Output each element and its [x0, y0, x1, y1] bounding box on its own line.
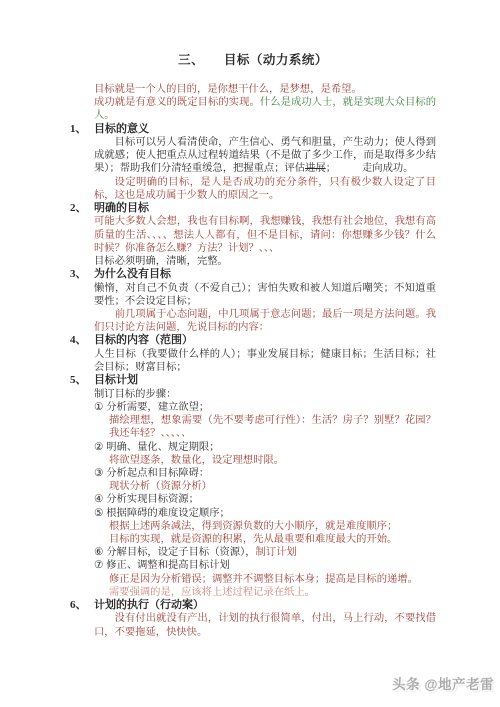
section-6-heading: 6、 计划的执行（行动案） — [70, 599, 436, 612]
section-2-number: 2、 — [70, 202, 94, 215]
step-4-text: 分析实现目标资源； — [106, 494, 199, 505]
step-2-text: 明确、量化、规定期限； — [106, 442, 219, 453]
section-3-heading: 3、 为什么没有目标 — [70, 268, 436, 281]
step-3: ③分析起点和目标障碍： — [94, 467, 436, 480]
step-5-detail-2: 目标的实现，就是资源的积累，先从最重要和难度最大的开始。 — [109, 533, 436, 546]
step-5-number: ⑤ — [94, 508, 103, 519]
step-5-text: 根据障碍的难度设定顺序； — [106, 508, 230, 519]
step-3-detail: 现状分析（资源分析） — [109, 480, 436, 493]
step-6-text-red-run: 制订计划 — [256, 547, 297, 558]
section-1-p1-tail: 走向成功。 — [362, 163, 413, 174]
step-1-text: 分析需要，建立欲望； — [106, 402, 209, 413]
step-7-detail-1: 修正是因为分析错误；调整并不调整目标本身；提高是目标的递增。 — [109, 573, 436, 586]
section-4-paragraph-1: 人生目标（我要做什么样的人）；事业发展目标；健康目标；生活目标；社会目标；财富目… — [94, 348, 436, 374]
section-5-number: 5、 — [70, 374, 94, 387]
section-1-paragraph-2: 设定明确的目标，是人是否成功的充分条件，只有极少数人设定了目标，这也是成功属于少… — [94, 176, 436, 202]
intro-line-2-red-run: 成功就是有意义的既定目标的实现。 — [94, 97, 260, 108]
section-5-intro-line: 制订目标的步骤： — [94, 388, 436, 401]
step-3-number: ③ — [94, 468, 103, 479]
intro-line-1: 目标就是一个人的目的，是你想干什么，是梦想，是希望。 — [94, 83, 436, 96]
section-1-p1-separator: ； — [326, 163, 336, 174]
section-1-title: 目标的意义 — [94, 123, 149, 136]
section-4-title: 目标的内容（范围） — [94, 334, 193, 347]
step-5: ⑤根据障碍的难度设定顺序； — [94, 507, 436, 520]
step-2: ②明确、量化、规定期限； — [94, 441, 436, 454]
section-6-paragraph-1: 没有付出就没有产出，计划的执行很简单，付出，马上行动，不要找借口，不要拖延，快快… — [94, 612, 436, 638]
section-5-heading: 5、 目标计划 — [70, 374, 436, 387]
section-1-number: 1、 — [70, 123, 94, 136]
step-4-number: ④ — [94, 494, 103, 505]
section-3-title: 为什么没有目标 — [94, 268, 171, 281]
step-1-number: ① — [94, 402, 103, 413]
step-2-detail: 将欲望逐条，数量化，设定理想时限。 — [109, 454, 436, 467]
intro-line-2: 成功就是有意义的既定目标的实现。什么是成功人士，就是实现大众目标的人。 — [94, 96, 436, 122]
step-7: ⑦修正、调整和提高目标计划 — [94, 559, 436, 572]
step-2-number: ② — [94, 442, 103, 453]
section-5-title: 目标计划 — [94, 374, 138, 387]
document-page: 三、 目标（动力系统） 目标就是一个人的目的，是你想干什么，是梦想，是希望。 成… — [0, 0, 500, 707]
step-7-detail-2: 需要强调的是，应该将上述过程记录在纸上。 — [109, 586, 436, 599]
section-3-paragraph-2: 前几项属于心态问题，中几项属于意志问题；最后一项是方法问题。我们只讨论方法问题，… — [94, 308, 436, 334]
section-3-number: 3、 — [70, 268, 94, 281]
section-6-number: 6、 — [70, 599, 94, 612]
section-4-heading: 4、 目标的内容（范围） — [70, 334, 436, 347]
document-title: 三、 目标（动力系统） — [70, 50, 436, 68]
section-1-p1-strikethrough-text: 进展 — [305, 163, 326, 174]
section-2-heading: 2、 明确的目标 — [70, 202, 436, 215]
step-7-number: ⑦ — [94, 560, 103, 571]
section-2-paragraph-1: 可能大多数人会想，我也有目标啊，我想赚钱，我想有社会地位，我想有高质量的生活、、… — [94, 215, 436, 255]
step-6-text: 分解目标，设定子目标（资源）， — [106, 547, 255, 558]
section-4-number: 4、 — [70, 334, 94, 347]
step-1-detail: 描绘理想，想象需要（先不要考虑可行性）：生活？房子？别墅？花园？我还年轻？、、、… — [109, 414, 436, 440]
section-3-paragraph-1: 懒惰，对自己不负责（不爱自己）；害怕失败和被人知道后嘲笑；不知道重要性；不会设定… — [94, 282, 436, 308]
section-2-paragraph-2: 目标必须明确，清晰，完整。 — [94, 255, 436, 268]
section-2-title: 明确的目标 — [94, 202, 149, 215]
step-3-text: 分析起点和目标障碍： — [106, 468, 209, 479]
document-content: 三、 目标（动力系统） 目标就是一个人的目的，是你想干什么，是梦想，是希望。 成… — [70, 50, 436, 639]
section-6-title: 计划的执行（行动案） — [94, 599, 204, 612]
step-6: ⑥分解目标，设定子目标（资源），制订计划 — [94, 546, 436, 559]
step-7-text: 修正、调整和提高目标计划 — [106, 560, 230, 571]
watermark: 头条 @地产老雷 — [392, 673, 494, 693]
step-1: ①分析需要，建立欲望； — [94, 401, 436, 414]
step-6-number: ⑥ — [94, 547, 103, 558]
section-1-heading: 1、 目标的意义 — [70, 123, 436, 136]
step-4: ④分析实现目标资源； — [94, 493, 436, 506]
step-5-detail-1: 根据上述两条减法，得到资源负数的大小顺序，就是难度顺序； — [109, 520, 436, 533]
section-1-paragraph-1: 目标可以另人看清使命，产生信心、勇气和胆量，产生动力；使人得到成就感；使人把重点… — [94, 136, 436, 176]
